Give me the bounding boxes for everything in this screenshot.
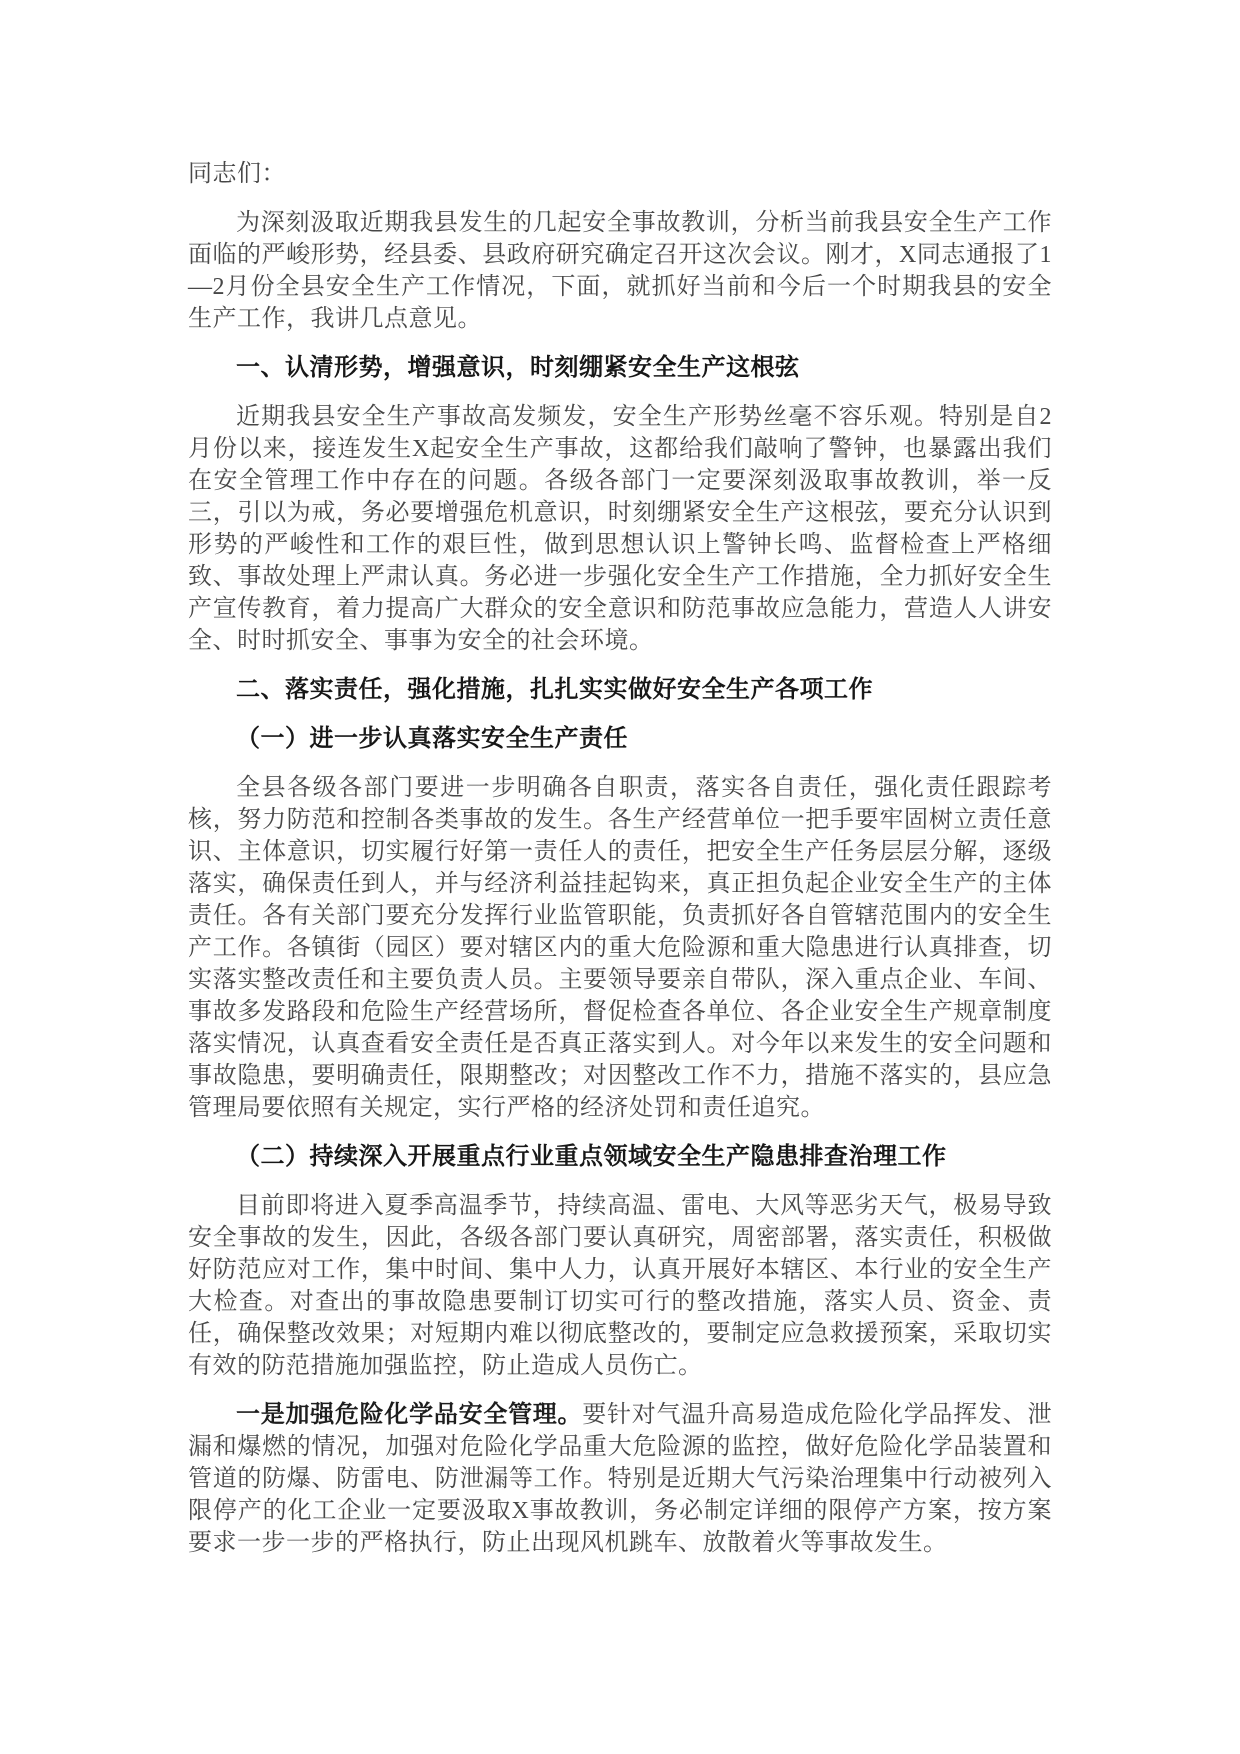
- subsection-heading-2: （二）持续深入开展重点行业重点领域安全生产隐患排查治理工作: [188, 1141, 1052, 1173]
- paragraph-responsibility: 全县各级各部门要进一步明确各自职责，落实各自责任，强化责任跟踪考核，努力防范和控…: [188, 772, 1052, 1124]
- paragraph-situation: 近期我县安全生产事故高发频发，安全生产形势丝毫不容乐观。特别是自2月份以来，接连…: [188, 401, 1052, 657]
- subsection-heading-1: （一）进一步认真落实安全生产责任: [188, 723, 1052, 755]
- salutation-line: 同志们：: [188, 158, 1052, 190]
- paragraph-chemical-safety: 一是加强危险化学品安全管理。要针对气温升高易造成危险化学品挥发、泄漏和爆燃的情况…: [188, 1399, 1052, 1559]
- document-page: 同志们： 为深刻汲取近期我县发生的几起安全事故教训，分析当前我县安全生产工作面临…: [0, 0, 1240, 1754]
- section-heading-1: 一、认清形势，增强意识，时刻绷紧安全生产这根弦: [188, 352, 1052, 384]
- paragraph-lead-text: 一是加强危险化学品安全管理。: [236, 1402, 582, 1428]
- section-heading-2: 二、落实责任，强化措施，扎扎实实做好安全生产各项工作: [188, 674, 1052, 706]
- paragraph-hazard-inspection: 目前即将进入夏季高温季节，持续高温、雷电、大风等恶劣天气，极易导致安全事故的发生…: [188, 1190, 1052, 1382]
- paragraph-opening: 为深刻汲取近期我县发生的几起安全事故教训，分析当前我县安全生产工作面临的严峻形势…: [188, 207, 1052, 335]
- document-content: 同志们： 为深刻汲取近期我县发生的几起安全事故教训，分析当前我县安全生产工作面临…: [188, 158, 1052, 1559]
